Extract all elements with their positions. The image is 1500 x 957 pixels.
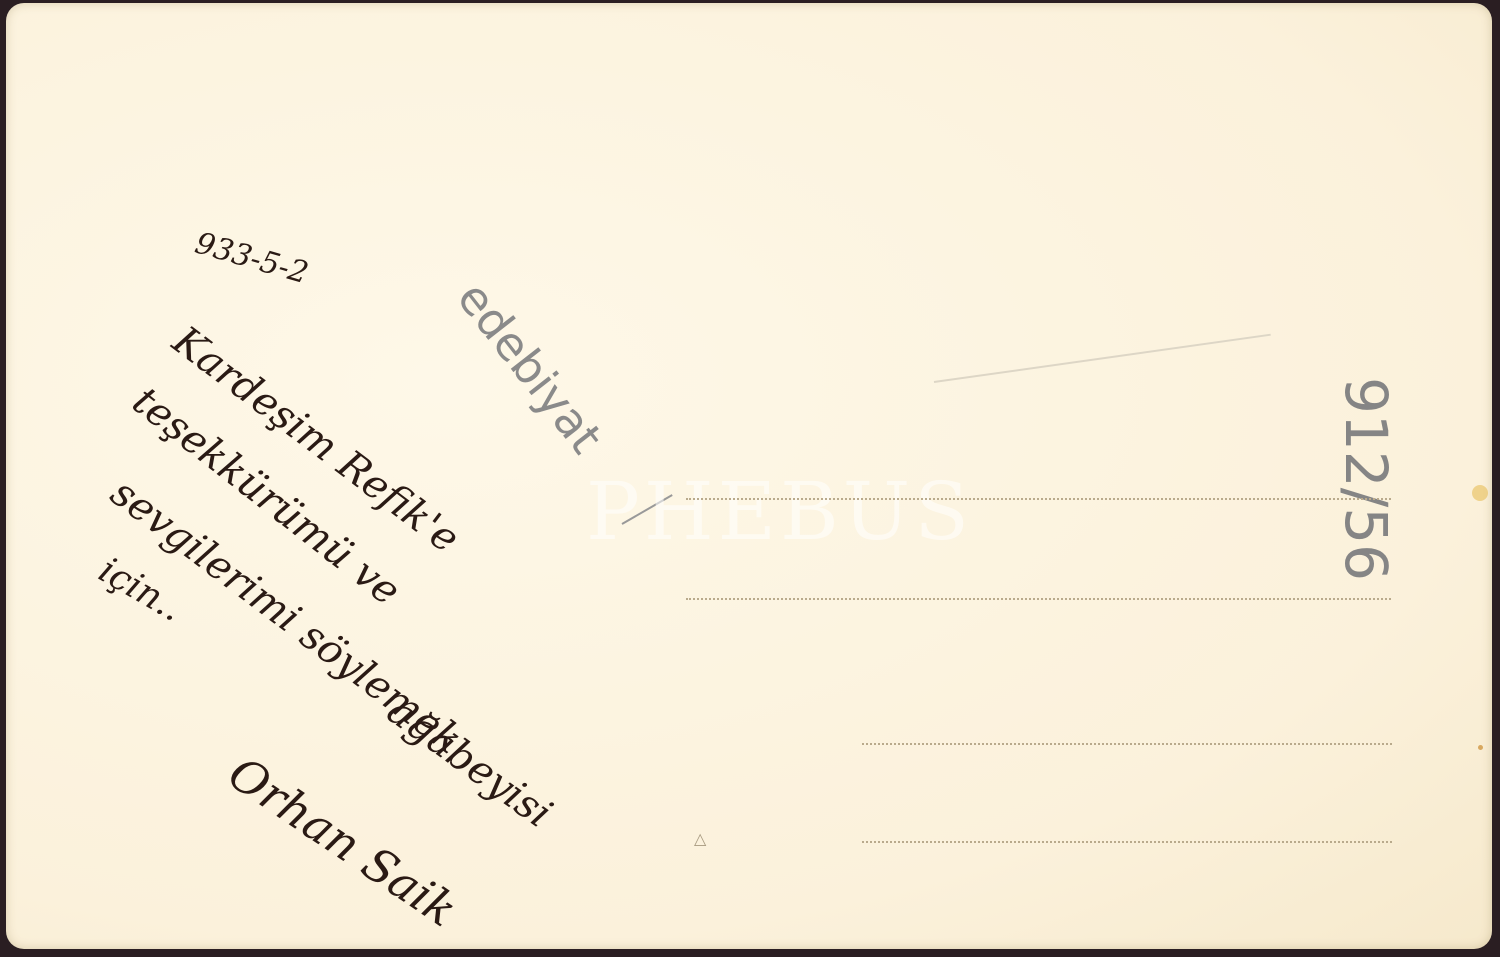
pencil-category-note: edebiyat	[447, 271, 613, 463]
date-text: 933-5-2	[191, 226, 312, 292]
signature: Orhan Saik	[219, 746, 467, 938]
postcard-back: 933-5-2 Kardeşim Refik'e teşekkürümü ve …	[6, 3, 1492, 949]
pencil-stroke	[934, 334, 1271, 383]
address-line-2	[686, 598, 1391, 600]
address-line-4	[862, 841, 1392, 843]
watermark: PHEBUS	[586, 465, 973, 558]
pencil-catalog-number: 912/56	[1332, 377, 1400, 581]
closing-text: ağabeyisi	[378, 687, 560, 837]
paper-stain	[1472, 485, 1488, 501]
paper-spot	[1478, 745, 1483, 750]
address-line-1	[686, 498, 1391, 500]
address-line-3	[862, 743, 1392, 745]
triangle-mark-icon: △	[694, 829, 706, 848]
